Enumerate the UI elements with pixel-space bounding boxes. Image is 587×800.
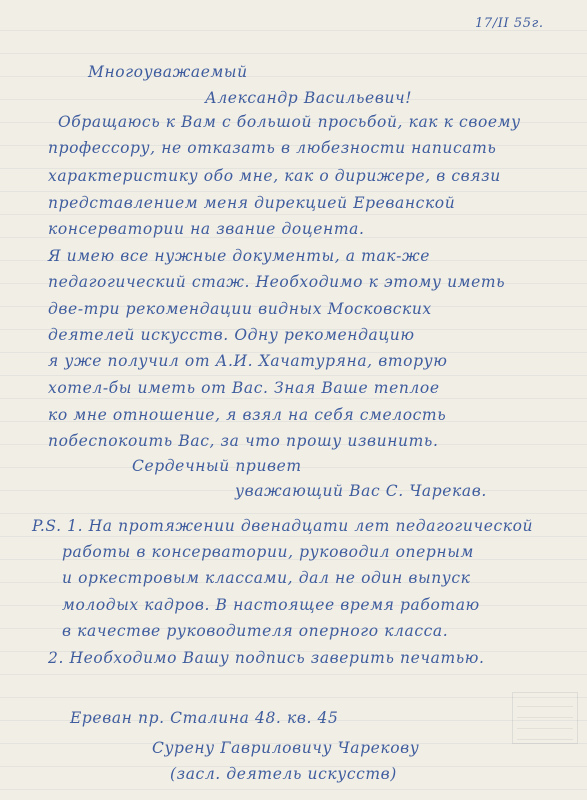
body-line-10: я уже получил от А.И. Хачатуряна, вторую xyxy=(48,351,447,371)
ps-line-6: 2. Необходимо Вашу подпись заверить печа… xyxy=(48,648,485,668)
address-line-1: Ереван пр. Сталина 48. кв. 45 xyxy=(70,708,338,728)
stamp-row xyxy=(517,707,573,718)
ps-line-5: в качестве руководителя оперного класса. xyxy=(62,621,448,641)
letter-date: 17/II 55г. xyxy=(475,14,544,34)
body-line-4: представлением меня дирекцией Ереванской xyxy=(48,193,455,213)
stamp-row xyxy=(517,729,573,740)
stamp-row xyxy=(517,718,573,729)
closing: Сердечный привет xyxy=(132,456,302,476)
body-line-3: характеристику обо мне, как о дирижере, … xyxy=(48,166,501,186)
archive-stamp xyxy=(512,692,578,744)
body-line-13: побеспокоить Вас, за что прошу извинить. xyxy=(48,431,439,451)
salutation-line-2: Александр Васильевич! xyxy=(205,88,412,108)
body-line-12: ко мне отношение, я взял на себя смелост… xyxy=(48,405,446,425)
body-line-8: две-три рекомендации видных Московских xyxy=(48,299,432,319)
salutation-line-1: Многоуважаемый xyxy=(88,62,248,82)
body-line-2: профессору, не отказать в любезности нап… xyxy=(48,138,496,158)
body-line-7: педагогический стаж. Необходимо к этому … xyxy=(48,272,505,292)
body-line-5: консерватории на звание доцента. xyxy=(48,219,365,239)
ps-line-3: и оркестровым классами, дал не один выпу… xyxy=(62,568,471,588)
body-line-9: деятелей искусств. Одну рекомендацию xyxy=(48,325,415,345)
address-line-2: Сурену Гавриловичу Чарекову xyxy=(152,738,419,758)
signature: уважающий Вас С. Чарекав. xyxy=(235,481,487,501)
letter-page: 17/II 55г. Многоуважаемый Александр Васи… xyxy=(0,0,587,800)
ps-line-2: работы в консерватории, руководил оперны… xyxy=(62,542,474,562)
ps-line-1: P.S. 1. На протяжении двенадцати лет пед… xyxy=(32,516,533,536)
body-line-6: Я имею все нужные документы, а так-же xyxy=(48,246,430,266)
body-line-11: хотел-бы иметь от Вас. Зная Ваше теплое xyxy=(48,378,440,398)
body-line-1: Обращаюсь к Вам с большой просьбой, как … xyxy=(58,112,521,132)
ps-line-4: молодых кадров. В настоящее время работа… xyxy=(62,595,480,615)
stamp-row xyxy=(517,696,573,707)
address-line-3: (засл. деятель искусств) xyxy=(170,764,397,784)
